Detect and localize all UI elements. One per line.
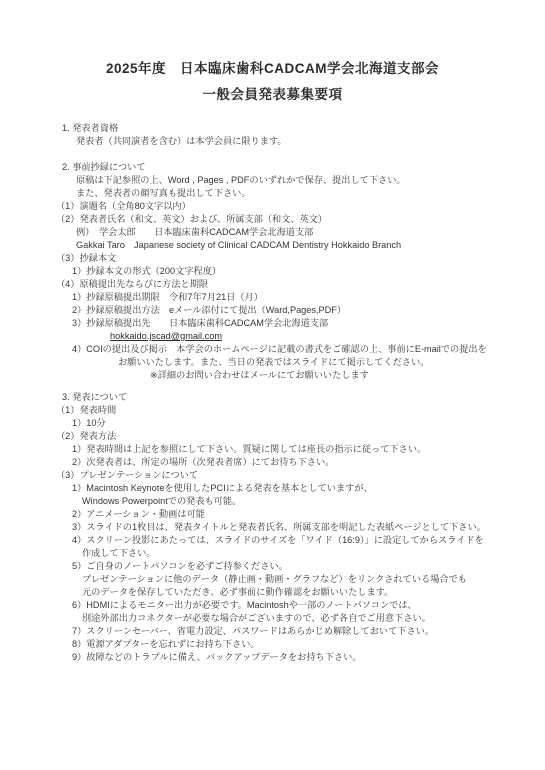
doc-line: プレゼンテーションに他のデータ（静止画・動画・グラフなど）をリンクされている場合…: [82, 573, 545, 586]
doc-line: 7）スクリーンセーバー、省電力設定、パスワードはあらかじめ解除しておいて下さい。: [72, 625, 545, 638]
doc-line: 2）抄録原稿提出方法 eメール添付にて提出（Ward,Pages,PDF）: [72, 304, 545, 317]
doc-line: Gakkai Taro Japanese society of Clinical…: [76, 239, 545, 252]
doc-line: 4）スクリーン投影にあたっては、スライドのサイズを「ワイド（16:9）」に設定し…: [72, 534, 545, 547]
doc-line: （2）発表方法: [56, 430, 545, 443]
doc-line: 1. 発表者資格: [62, 122, 545, 135]
document-body: 1. 発表者資格発表者（共同演者を含む）は本学会員に限ります。2. 事前抄録につ…: [0, 122, 545, 664]
doc-line: 2. 事前抄録について: [62, 161, 545, 174]
email-link[interactable]: hokkaido.jscad@gmail.com: [110, 330, 545, 343]
doc-line: 1）抄録原稿提出期限 令和7年7月21日（月）: [72, 291, 545, 304]
doc-line: お願いいたします。また、当日の発表ではスライドにて掲示してください。: [118, 356, 545, 369]
doc-line: （2）発表者氏名（和文、英文）および、所属支部（和文、英文）: [56, 213, 545, 226]
document-page: 2025年度 日本臨床歯科CADCAM学会北海道支部会 一般会員発表募集要項 1…: [0, 0, 545, 770]
section-spacer: [0, 382, 545, 391]
doc-line: 例） 学会太郎 日本臨床歯科CADCAM学会北海道支部: [76, 226, 545, 239]
doc-line: 作成して下さい。: [82, 547, 545, 560]
doc-line: （4）原稿提出先ならびに方法と期限: [56, 278, 545, 291]
doc-line: 1）発表時間は上記を参照にして下さい。質疑に関しては座長の指示に従って下さい。: [72, 443, 545, 456]
doc-line: 5）ご自身のノートパソコンを必ずご持参ください。: [72, 560, 545, 573]
doc-line: （3）抄録本文: [56, 252, 545, 265]
doc-line: 別途外部出力コネクターが必要な場合がございますので、必ず各自でご用意下さい。: [82, 612, 545, 625]
doc-line: 原稿は下記参照の上、Word , Pages , PDFのいずれかで保存、提出し…: [76, 174, 545, 187]
doc-line: （1）演題名（全角80文字以内）: [56, 200, 545, 213]
doc-line: 3）スライドの1枚目は、発表タイトルと発表者氏名、所属支部を明記した表紙ページと…: [72, 521, 545, 534]
doc-line: 3）抄録原稿提出先 日本臨床歯科CADCAM学会北海道支部: [72, 317, 545, 330]
doc-line: 9）故障などのトラブルに備え、バックアップデータをお持ち下さい。: [72, 651, 545, 664]
doc-line: ※詳細のお問い合わせはメールにてお願いいたします: [150, 369, 545, 382]
document-title: 2025年度 日本臨床歯科CADCAM学会北海道支部会 一般会員発表募集要項: [0, 0, 545, 108]
doc-line: （3）プレゼンテーションについて: [56, 469, 545, 482]
doc-line: 2）次発表者は、所定の場所（次発表者席）にてお待ち下さい。: [72, 456, 545, 469]
doc-line: 元のデータを保存していただき、必ず事前に動作確認をお願いいたします。: [82, 586, 545, 599]
doc-line: 6）HDMIによるモニター出力が必要です。Macintoshや一部のノートパソコ…: [72, 599, 545, 612]
title-line-2: 一般会員発表募集要項: [0, 82, 545, 108]
doc-line: 4）COIの提出及び掲示 本学会のホームページに記載の書式をご確認の上、事前にE…: [72, 343, 545, 356]
doc-line: 発表者（共同演者を含む）は本学会員に限ります。: [76, 135, 545, 148]
doc-line: 8）電源アダプターを忘れずにお持ち下さい。: [72, 638, 545, 651]
title-line-1: 2025年度 日本臨床歯科CADCAM学会北海道支部会: [0, 56, 545, 82]
doc-line: 3. 発表について: [62, 391, 545, 404]
doc-line: 1）Macintosh Keynoteを使用したPCIによる発表を基本としていま…: [72, 482, 545, 495]
doc-line: 2）アニメーション・動画は可能: [72, 508, 545, 521]
doc-line: Windows Powerpointでの発表も可能。: [82, 495, 545, 508]
doc-line: また、発表者の顔写真も提出して下さい。: [76, 187, 545, 200]
doc-line: （1）発表時間: [56, 404, 545, 417]
doc-line: 1）10分: [72, 417, 545, 430]
section-spacer: [0, 148, 545, 161]
doc-line: 1）抄録本文の形式（200文字程度）: [72, 265, 545, 278]
